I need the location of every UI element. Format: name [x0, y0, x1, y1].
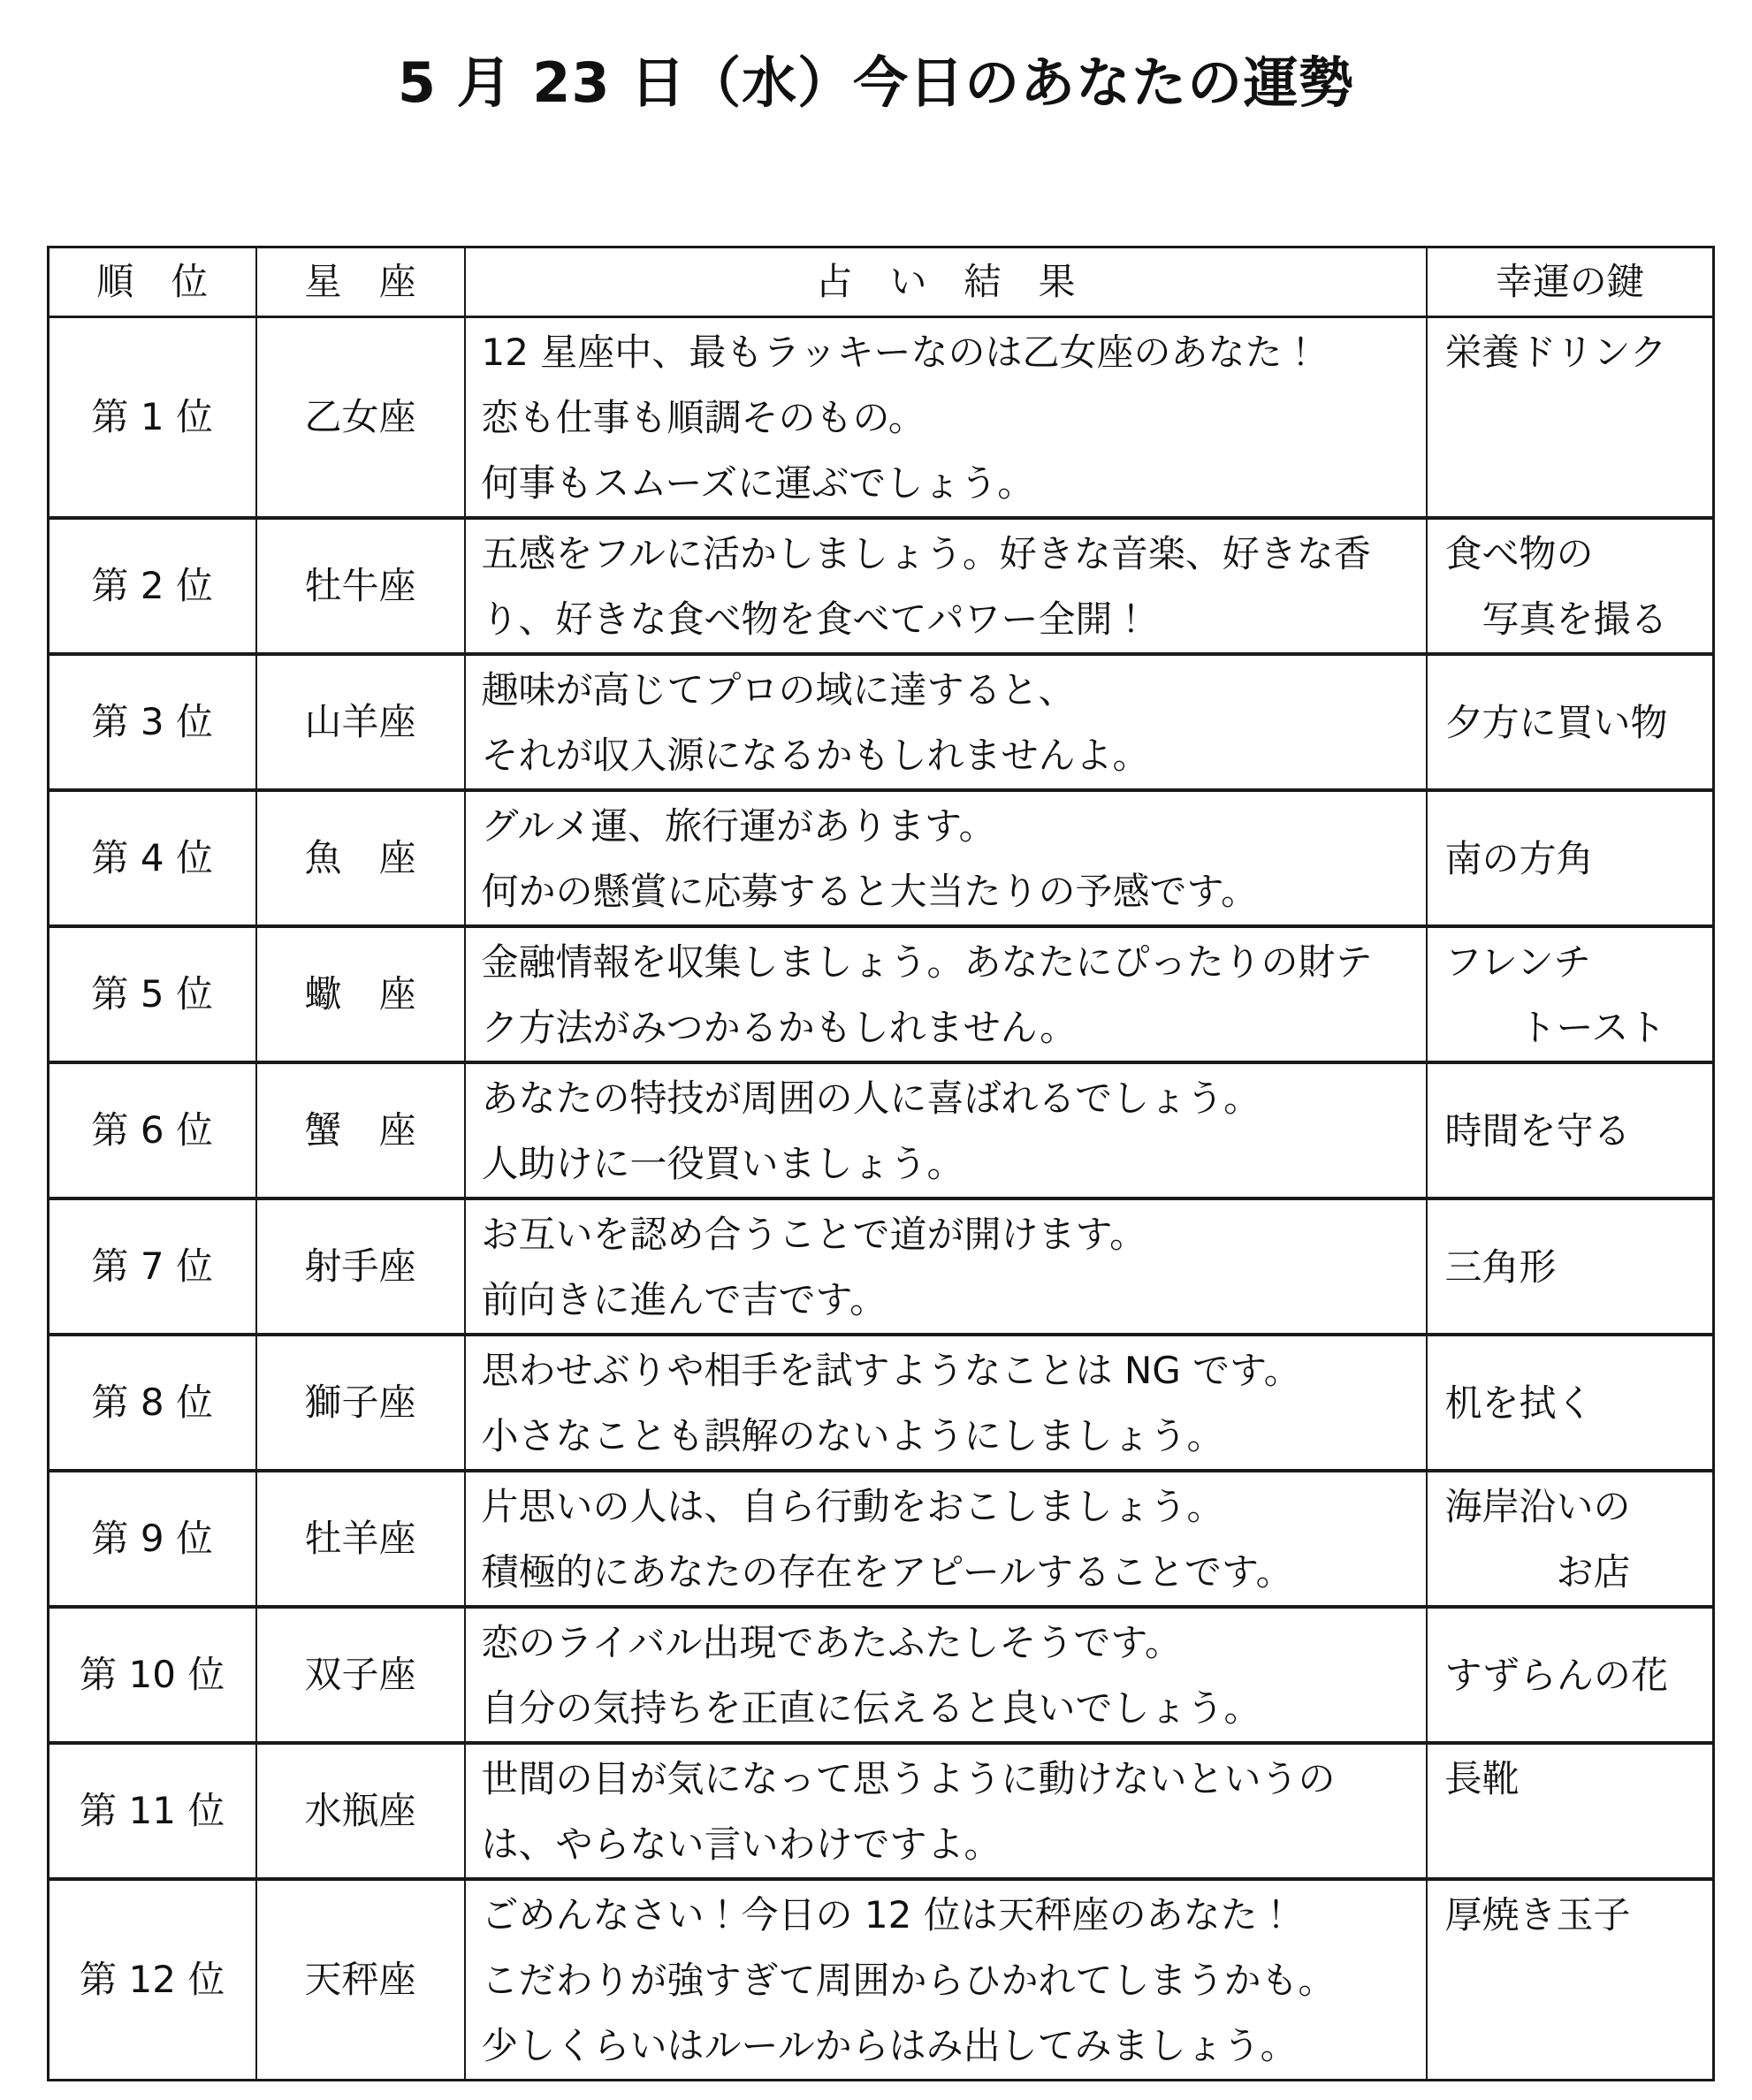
fortune-line: 小さなことも誤解のないようにしましょう。 — [482, 1404, 1412, 1469]
rank-cell: 第 4 位 — [49, 790, 256, 926]
rank-cell: 第 1 位 — [49, 317, 256, 519]
rank-cell: 第 3 位 — [49, 654, 256, 790]
document-page: 5 月 23 日（水）今日のあなたの運勢 順 位 星 座 占 い 結 果 幸運の… — [0, 0, 1752, 2100]
lucky-key-cell: 食べ物の 写真を撮る — [1427, 518, 1714, 654]
fortune-line: 何かの懸賞に応募すると大当たりの予感です。 — [482, 859, 1412, 924]
table-row: 第 6 位 蟹 座 あなたの特技が周囲の人に喜ばれるでしょう。 人助けに一役買い… — [49, 1062, 1714, 1198]
lucky-key-cell: 南の方角 — [1427, 790, 1714, 926]
lucky-key-line: 海岸沿いの — [1445, 1474, 1704, 1540]
sign-cell: 射手座 — [256, 1198, 465, 1335]
lucky-key-line: 南の方角 — [1445, 826, 1704, 892]
fortune-cell: 趣味が高じてプロの域に達すると、 それが収入源になるかもしれませんよ。 — [465, 654, 1427, 790]
lucky-key-line: 栄養ドリンク — [1445, 320, 1704, 385]
fortune-cell: 世間の目が気になって思うように動けないというの は、やらない言いわけですよ。 — [465, 1743, 1427, 1879]
table-row: 第 11 位 水瓶座 世間の目が気になって思うように動けないというの は、やらな… — [49, 1743, 1714, 1879]
fortune-line: あなたの特技が周囲の人に喜ばれるでしょう。 — [482, 1066, 1412, 1131]
fortune-line: 積極的にあなたの存在をアピールすることです。 — [482, 1540, 1412, 1605]
fortune-cell: 恋のライバル出現であたふたしそうです。 自分の気持ちを正直に伝えると良いでしょう… — [465, 1607, 1427, 1743]
lucky-key-line: トースト — [1445, 995, 1704, 1061]
header-row: 順 位 星 座 占 い 結 果 幸運の鍵 — [49, 247, 1714, 317]
fortune-line: 前向きに進んで吉です。 — [482, 1267, 1412, 1333]
fortune-line: 12 星座中、最もラッキーなのは乙女座のあなた！ — [482, 320, 1412, 385]
sign-cell: 獅子座 — [256, 1335, 465, 1471]
fortune-line: 恋も仕事も順調そのもの。 — [482, 385, 1412, 451]
sign-cell: 水瓶座 — [256, 1743, 465, 1879]
rank-cell: 第 7 位 — [49, 1198, 256, 1335]
sign-cell: 山羊座 — [256, 654, 465, 790]
fortune-line: は、やらない言いわけですよ。 — [482, 1812, 1412, 1877]
table-row: 第 10 位 双子座 恋のライバル出現であたふたしそうです。 自分の気持ちを正直… — [49, 1607, 1714, 1743]
fortune-line: 片思いの人は、自ら行動をおこしましょう。 — [482, 1474, 1412, 1540]
fortune-line: 何事もスムーズに運ぶでしょう。 — [482, 451, 1412, 516]
lucky-key-line: 夕方に買い物 — [1445, 690, 1704, 756]
rank-cell: 第 8 位 — [49, 1335, 256, 1471]
lucky-key-line: 机を拭く — [1445, 1371, 1704, 1436]
rank-cell: 第 12 位 — [49, 1879, 256, 2081]
fortune-line: ごめんなさい！今日の 12 位は天秤座のあなた！ — [482, 1883, 1412, 1948]
fortune-line: グルメ運、旅行運があります。 — [482, 794, 1412, 859]
fortune-cell: グルメ運、旅行運があります。 何かの懸賞に応募すると大当たりの予感です。 — [465, 790, 1427, 926]
fortune-line: 世間の目が気になって思うように動けないというの — [482, 1746, 1412, 1812]
sign-cell: 乙女座 — [256, 317, 465, 519]
fortune-line: お互いを認め合うことで道が開けます。 — [482, 1202, 1412, 1267]
table-row: 第 4 位 魚 座 グルメ運、旅行運があります。 何かの懸賞に応募すると大当たり… — [49, 790, 1714, 926]
fortune-line: 恋のライバル出現であたふたしそうです。 — [482, 1610, 1412, 1676]
fortune-cell: 片思いの人は、自ら行動をおこしましょう。 積極的にあなたの存在をアピールすること… — [465, 1471, 1427, 1607]
table-row: 第 12 位 天秤座 ごめんなさい！今日の 12 位は天秤座のあなた！ こだわり… — [49, 1879, 1714, 2081]
lucky-key-line: お店 — [1445, 1540, 1704, 1605]
lucky-key-line: 写真を撮る — [1445, 587, 1704, 652]
table-row: 第 1 位 乙女座 12 星座中、最もラッキーなのは乙女座のあなた！ 恋も仕事も… — [49, 317, 1714, 519]
lucky-key-line: フレンチ — [1445, 930, 1704, 995]
page-title: 5 月 23 日（水）今日のあなたの運勢 — [0, 39, 1752, 118]
lucky-key-cell: 時間を守る — [1427, 1062, 1714, 1198]
header-sign: 星 座 — [256, 247, 465, 317]
header-result: 占 い 結 果 — [465, 247, 1427, 317]
fortune-cell: 12 星座中、最もラッキーなのは乙女座のあなた！ 恋も仕事も順調そのもの。 何事… — [465, 317, 1427, 519]
rank-cell: 第 10 位 — [49, 1607, 256, 1743]
table-row: 第 7 位 射手座 お互いを認め合うことで道が開けます。 前向きに進んで吉です。… — [49, 1198, 1714, 1335]
sign-cell: 天秤座 — [256, 1879, 465, 2081]
fortune-line: それが収入源になるかもしれませんよ。 — [482, 723, 1412, 788]
fortune-line: り、好きな食べ物を食べてパワー全開！ — [482, 587, 1412, 652]
lucky-key-cell: 栄養ドリンク — [1427, 317, 1714, 519]
rank-cell: 第 6 位 — [49, 1062, 256, 1198]
table-row: 第 5 位 蠍 座 金融情報を収集しましょう。あなたにぴったりの財テ ク方法がみ… — [49, 926, 1714, 1062]
lucky-key-cell: 海岸沿いの お店 — [1427, 1471, 1714, 1607]
fortune-cell: 金融情報を収集しましょう。あなたにぴったりの財テ ク方法がみつかるかもしれません… — [465, 926, 1427, 1062]
fortune-cell: お互いを認め合うことで道が開けます。 前向きに進んで吉です。 — [465, 1198, 1427, 1335]
rank-cell: 第 2 位 — [49, 518, 256, 654]
lucky-key-line: すずらんの花 — [1445, 1643, 1704, 1708]
rank-cell: 第 11 位 — [49, 1743, 256, 1879]
fortune-line: 自分の気持ちを正直に伝えると良いでしょう。 — [482, 1676, 1412, 1741]
lucky-key-line: 長靴 — [1445, 1746, 1704, 1812]
table-row: 第 9 位 牡羊座 片思いの人は、自ら行動をおこしましょう。 積極的にあなたの存… — [49, 1471, 1714, 1607]
lucky-key-cell: 長靴 — [1427, 1743, 1714, 1879]
lucky-key-cell: 机を拭く — [1427, 1335, 1714, 1471]
sign-cell: 双子座 — [256, 1607, 465, 1743]
fortune-line: 趣味が高じてプロの域に達すると、 — [482, 658, 1412, 723]
sign-cell: 蟹 座 — [256, 1062, 465, 1198]
horoscope-table: 順 位 星 座 占 い 結 果 幸運の鍵 第 1 位 乙女座 12 星座中、最も… — [47, 246, 1715, 2081]
fortune-cell: あなたの特技が周囲の人に喜ばれるでしょう。 人助けに一役買いましょう。 — [465, 1062, 1427, 1198]
fortune-line: こだわりが強すぎて周囲からひかれてしまうかも。 — [482, 1948, 1412, 2013]
sign-cell: 牡牛座 — [256, 518, 465, 654]
table-row: 第 3 位 山羊座 趣味が高じてプロの域に達すると、 それが収入源になるかもしれ… — [49, 654, 1714, 790]
lucky-key-cell: すずらんの花 — [1427, 1607, 1714, 1743]
lucky-key-line: 時間を守る — [1445, 1099, 1704, 1164]
sign-cell: 魚 座 — [256, 790, 465, 926]
lucky-key-line: 三角形 — [1445, 1235, 1704, 1300]
lucky-key-cell: 夕方に買い物 — [1427, 654, 1714, 790]
lucky-key-line: 厚焼き玉子 — [1445, 1883, 1704, 1948]
fortune-line: ク方法がみつかるかもしれません。 — [482, 995, 1412, 1061]
fortune-line: 少しくらいはルールからはみ出してみましょう。 — [482, 2013, 1412, 2079]
table-row: 第 2 位 牡牛座 五感をフルに活かしましょう。好きな音楽、好きな香 り、好きな… — [49, 518, 1714, 654]
rank-cell: 第 9 位 — [49, 1471, 256, 1607]
header-key: 幸運の鍵 — [1427, 247, 1714, 317]
fortune-cell: 五感をフルに活かしましょう。好きな音楽、好きな香 り、好きな食べ物を食べてパワー… — [465, 518, 1427, 654]
fortune-line: 五感をフルに活かしましょう。好きな音楽、好きな香 — [482, 521, 1412, 587]
fortune-cell: 思わせぶりや相手を試すようなことは NG です。 小さなことも誤解のないようにし… — [465, 1335, 1427, 1471]
lucky-key-line: 食べ物の — [1445, 521, 1704, 587]
lucky-key-cell: 厚焼き玉子 — [1427, 1879, 1714, 2081]
lucky-key-cell: フレンチ トースト — [1427, 926, 1714, 1062]
rank-cell: 第 5 位 — [49, 926, 256, 1062]
sign-cell: 牡羊座 — [256, 1471, 465, 1607]
table-row: 第 8 位 獅子座 思わせぶりや相手を試すようなことは NG です。 小さなこと… — [49, 1335, 1714, 1471]
header-rank: 順 位 — [49, 247, 256, 317]
fortune-line: 人助けに一役買いましょう。 — [482, 1131, 1412, 1197]
fortune-line: 思わせぶりや相手を試すようなことは NG です。 — [482, 1338, 1412, 1404]
fortune-line: 金融情報を収集しましょう。あなたにぴったりの財テ — [482, 930, 1412, 995]
fortune-cell: ごめんなさい！今日の 12 位は天秤座のあなた！ こだわりが強すぎて周囲からひか… — [465, 1879, 1427, 2081]
sign-cell: 蠍 座 — [256, 926, 465, 1062]
lucky-key-cell: 三角形 — [1427, 1198, 1714, 1335]
